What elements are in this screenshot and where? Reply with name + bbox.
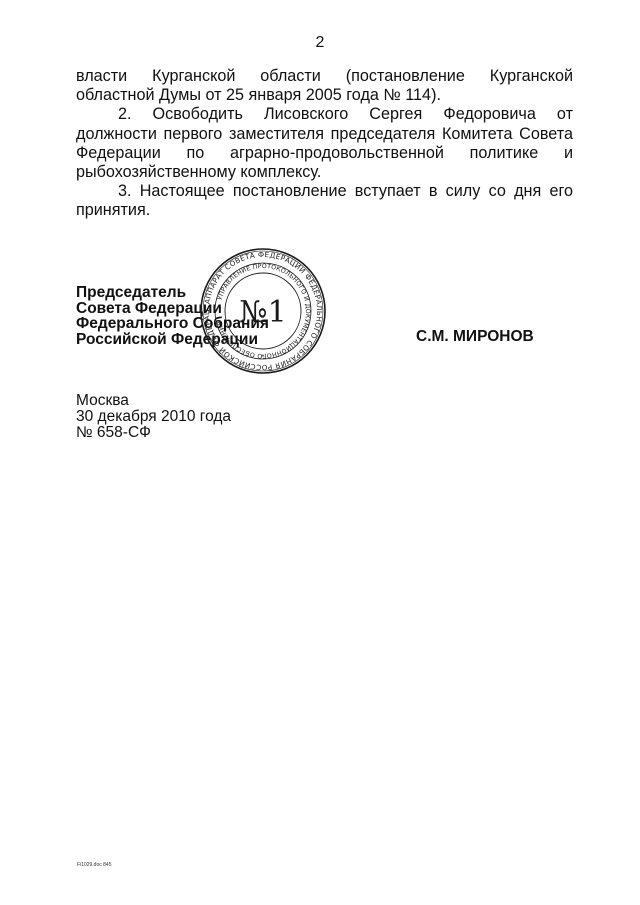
signatory-title-line: Председатель [76, 285, 269, 301]
footer-file-code: Fi1029.doc 845 [77, 862, 111, 868]
place-date-block: Москва 30 декабря 2010 года № 658-СФ [76, 393, 231, 440]
document-number: № 658-СФ [76, 425, 231, 441]
place: Москва [76, 393, 231, 409]
resolution-body: власти Курганской области (постановление… [76, 67, 573, 221]
signatory-title-line: Совета Федерации [76, 301, 269, 317]
svg-text:*: * [261, 353, 265, 361]
paragraph-item-2: 2. Освободить Лисовского Сергея Федорови… [76, 105, 573, 182]
date: 30 декабря 2010 года [76, 409, 231, 425]
paragraph-item-3: 3. Настоящее постановление вступает в си… [76, 182, 573, 220]
signatory-title: Председатель Совета Федерации Федерально… [76, 285, 269, 347]
signatory-title-line: Российской Федерации [76, 332, 269, 348]
paragraph-continuation: власти Курганской области (постановление… [76, 67, 573, 105]
page-number: 2 [0, 34, 640, 52]
signatory-name: С.М. МИРОНОВ [416, 328, 534, 346]
signatory-title-line: Федерального Собрания [76, 316, 269, 332]
